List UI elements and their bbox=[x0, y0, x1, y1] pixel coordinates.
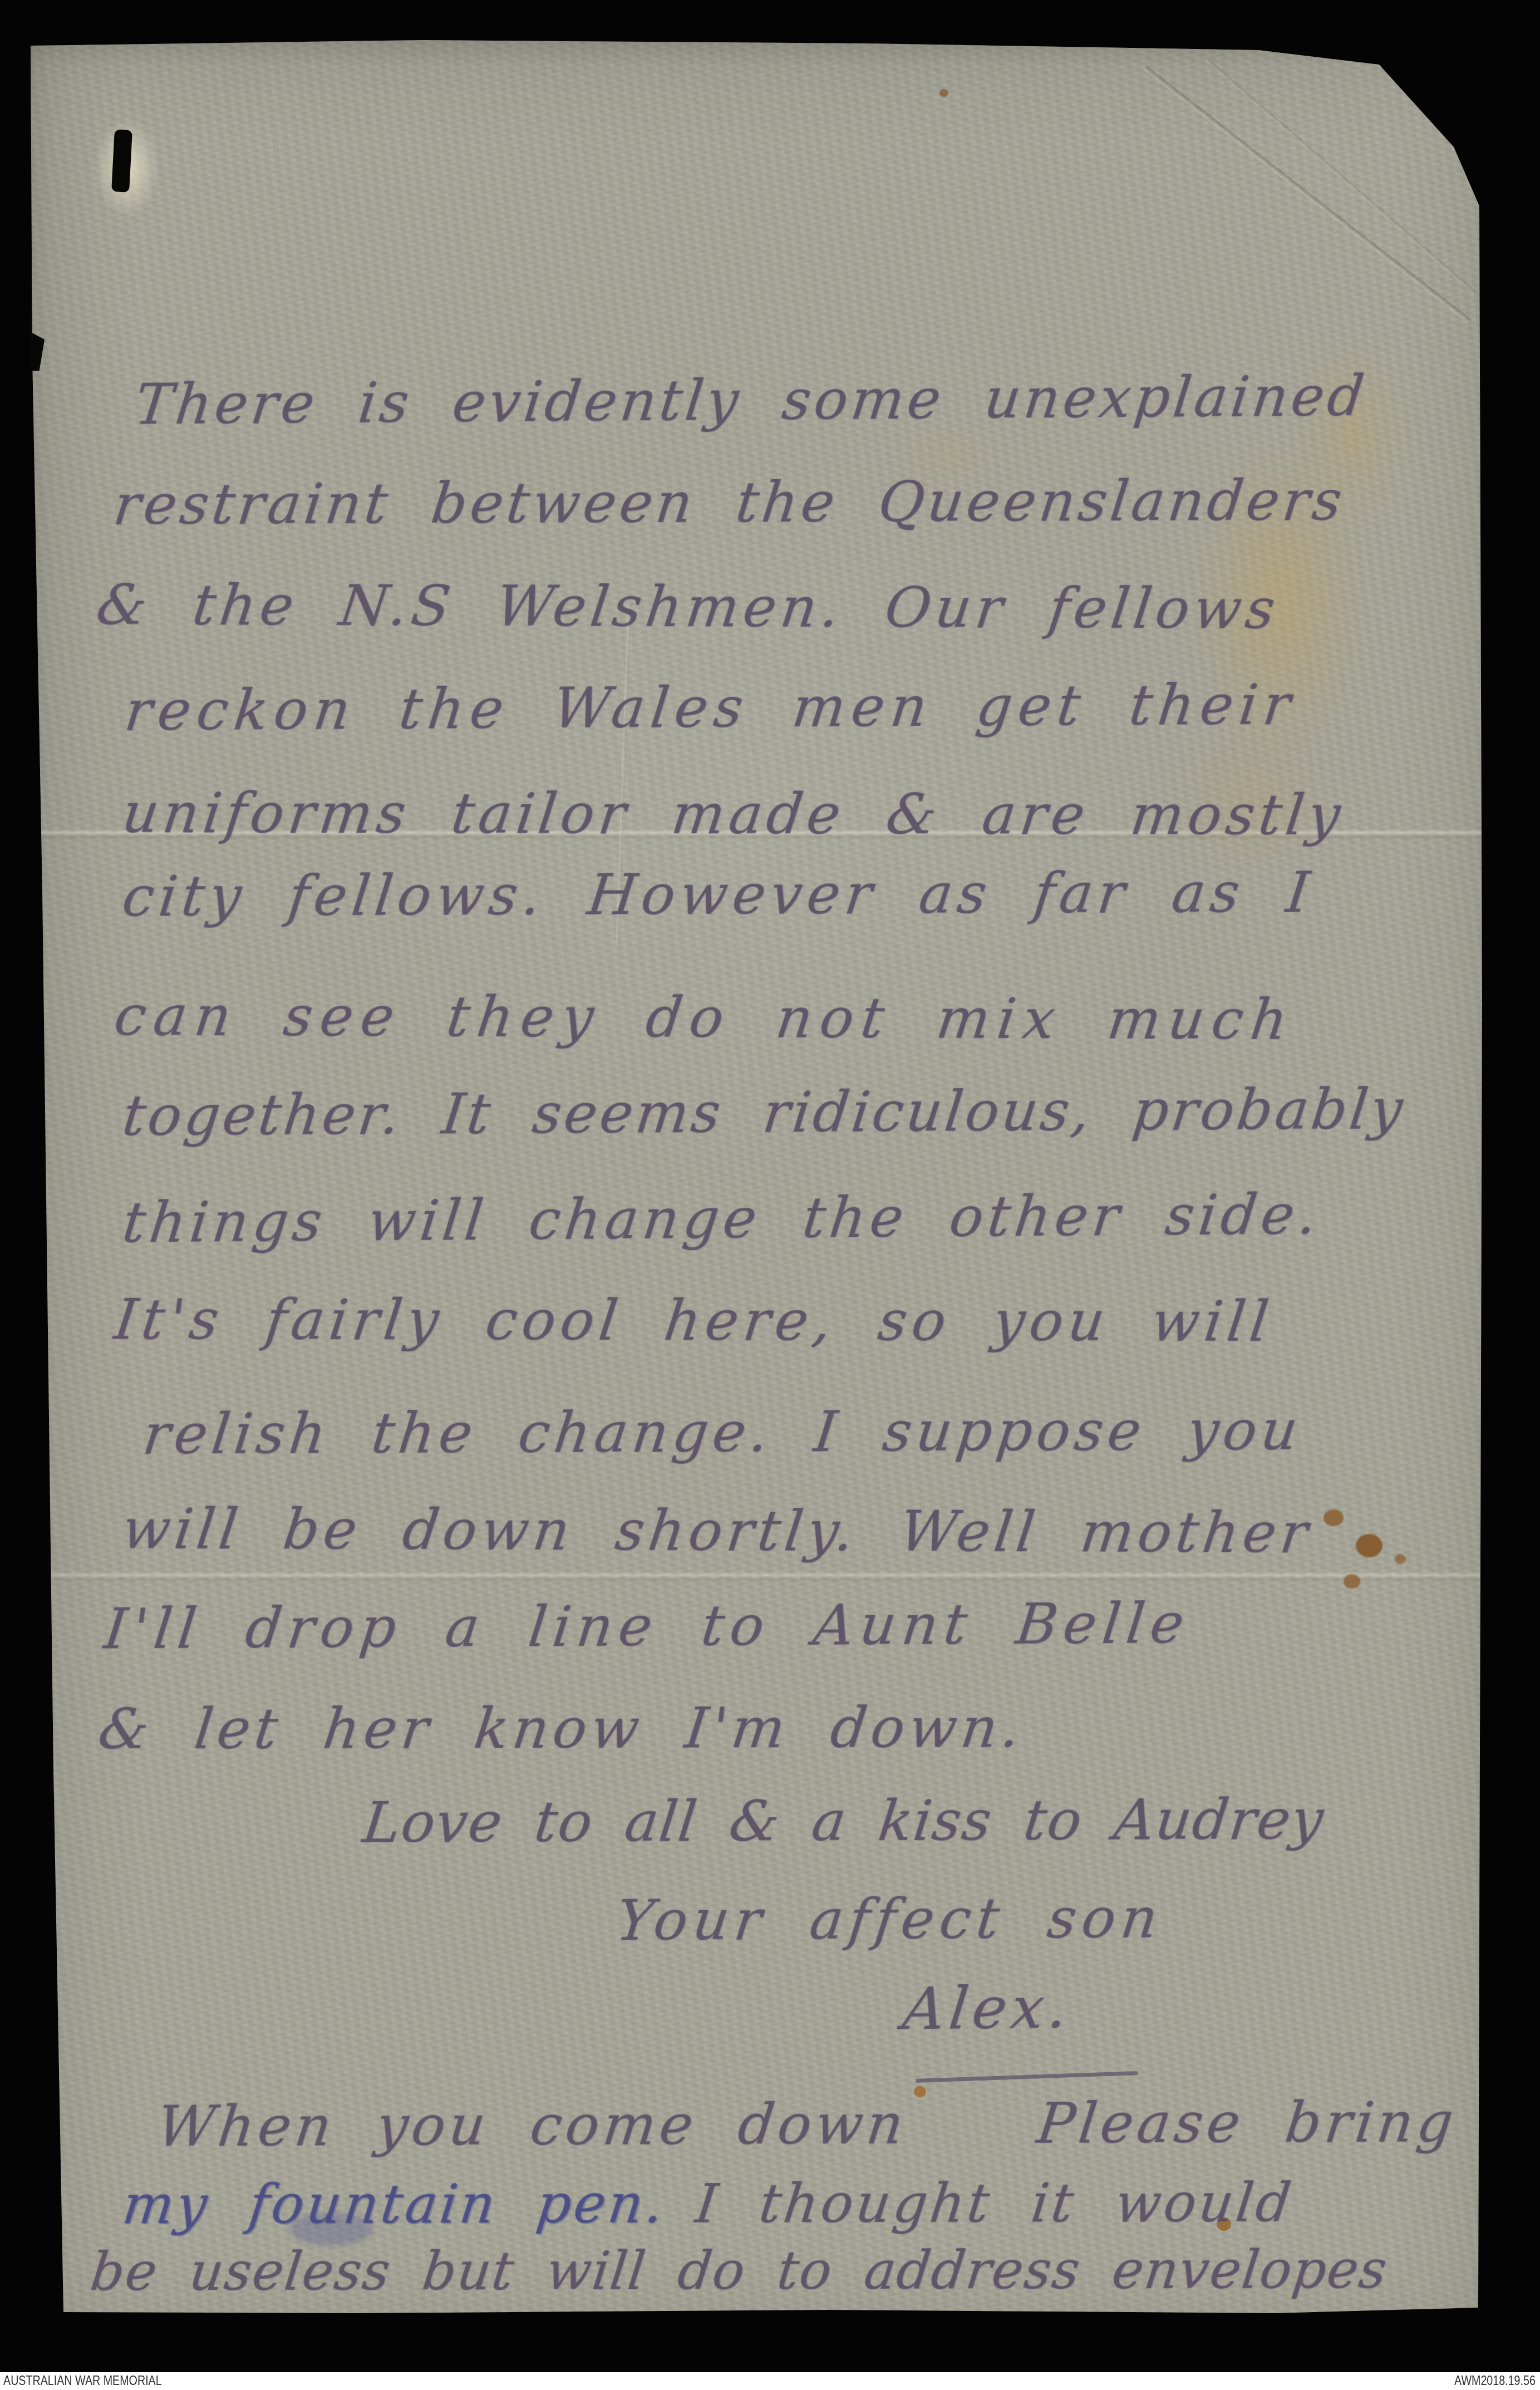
handwriting-line: restraint between the Queenslanders bbox=[110, 468, 1349, 537]
line-text: will be down shortly. Well mother bbox=[119, 1496, 1316, 1565]
pin-hole bbox=[111, 129, 132, 193]
line-text-fountain-pen: my fountain pen. bbox=[119, 2172, 669, 2236]
catalog-number: AWM2018.19.56 bbox=[1454, 2373, 1536, 2389]
line-text: I'll drop a line to Aunt Belle bbox=[101, 1591, 1193, 1661]
handwriting-line: & the N.S Welshmen. Our fellows bbox=[93, 572, 1283, 641]
handwriting-line: There is evidently some unexplained bbox=[131, 363, 1370, 437]
handwriting-line: Your affect son bbox=[613, 1885, 1167, 1953]
handwriting-line: Love to all & a kiss to Audrey bbox=[360, 1787, 1328, 1855]
line-text: & the N.S Welshmen. Our fellows bbox=[93, 572, 1283, 641]
handwriting-line: will be down shortly. Well mother bbox=[119, 1496, 1316, 1565]
line-text: I thought it would bbox=[692, 2171, 1297, 2235]
line-text: Your affect son bbox=[613, 1885, 1167, 1953]
line-text: Please bring bbox=[1034, 2089, 1460, 2156]
stain-spot bbox=[1356, 1534, 1382, 1557]
handwriting-line: & let her know I'm down. bbox=[95, 1695, 1028, 1762]
line-text: together. It seems ridiculous, probably bbox=[119, 1076, 1409, 1148]
signature: Alex. bbox=[899, 1973, 1075, 2043]
handwriting-line: reckon the Wales men get their bbox=[121, 672, 1300, 743]
line-text: things will change the other side. bbox=[119, 1182, 1325, 1255]
institution-label: AUSTRALIAN WAR MEMORIAL bbox=[3, 2373, 162, 2389]
handwriting-line: can see they do not mix much bbox=[111, 983, 1298, 1052]
line-text: There is evidently some unexplained bbox=[131, 363, 1370, 437]
handwriting-line: be useless but will do to address envelo… bbox=[87, 2240, 1391, 2303]
line-text: uniforms tailor made & are mostly bbox=[119, 780, 1348, 848]
handwriting-line: I'll drop a line to Aunt Belle bbox=[101, 1591, 1193, 1661]
signature-text: Alex. bbox=[899, 1973, 1075, 2043]
stain-spot bbox=[1395, 1554, 1406, 1564]
scan-photo-frame: There is evidently some unexplained rest… bbox=[0, 0, 1540, 2390]
handwriting-line: my fountain pen.I thought it would bbox=[119, 2171, 1297, 2236]
line-text: relish the change. I suppose you bbox=[140, 1398, 1306, 1467]
line-text: be useless but will do to address envelo… bbox=[87, 2240, 1391, 2303]
line-text: city fellows. However as far as I bbox=[119, 860, 1318, 929]
line-text: & let her know I'm down. bbox=[95, 1695, 1028, 1762]
line-text: can see they do not mix much bbox=[111, 983, 1298, 1052]
stain-spot bbox=[1344, 1574, 1360, 1589]
handwriting-line: uniforms tailor made & are mostly bbox=[119, 780, 1348, 848]
handwriting-line: It's fairly cool here, so you will bbox=[111, 1287, 1277, 1354]
handwriting-line: together. It seems ridiculous, probably bbox=[119, 1076, 1409, 1148]
line-gap bbox=[904, 2142, 1035, 2143]
line-text: Love to all & a kiss to Audrey bbox=[360, 1787, 1328, 1855]
handwriting-line: things will change the other side. bbox=[119, 1182, 1325, 1255]
handwriting-line: When you come downPlease bring bbox=[154, 2089, 1460, 2159]
footer-bar: AUSTRALIAN WAR MEMORIAL AWM2018.19.56 bbox=[0, 2372, 1540, 2390]
line-text: It's fairly cool here, so you will bbox=[111, 1287, 1277, 1354]
stain-spot bbox=[939, 89, 948, 97]
line-text: reckon the Wales men get their bbox=[121, 672, 1300, 743]
stain-spot bbox=[1323, 1509, 1344, 1526]
line-text: When you come down bbox=[154, 2091, 911, 2159]
handwriting-line: city fellows. However as far as I bbox=[119, 860, 1318, 929]
handwriting-line: relish the change. I suppose you bbox=[140, 1398, 1306, 1467]
line-text: restraint between the Queenslanders bbox=[110, 468, 1349, 537]
